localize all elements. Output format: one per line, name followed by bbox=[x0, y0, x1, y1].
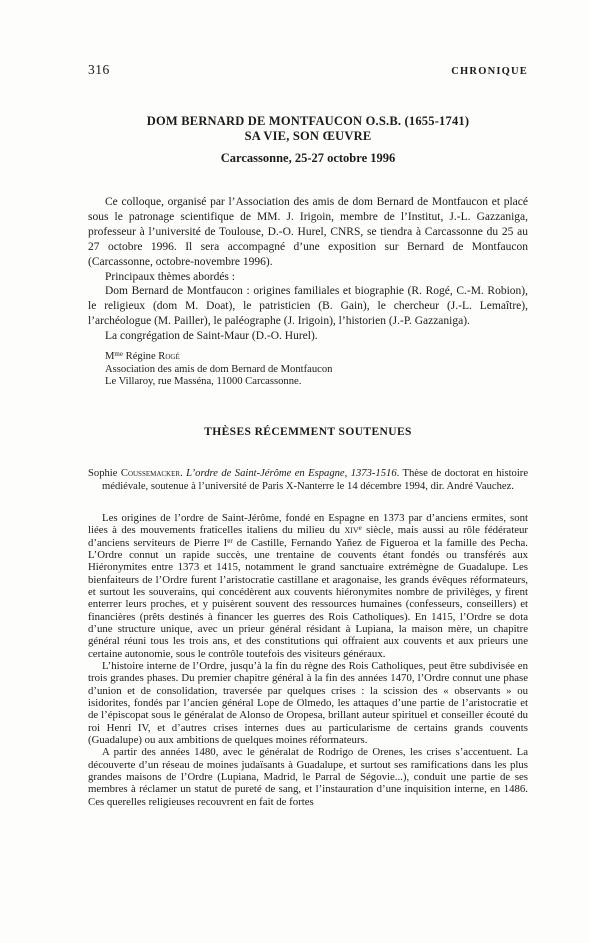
contact-name-given: Régine bbox=[123, 351, 158, 362]
thesis-review-body: Les origines de l’ordre de Saint-Jérôme,… bbox=[88, 512, 528, 808]
colloquium-body: Ce colloque, organisé par l’Association … bbox=[88, 195, 528, 344]
colloquium-title-line2: SA VIE, SON ŒUVRE bbox=[88, 129, 528, 144]
review-paragraph-1: Les origines de l’ordre de Saint-Jérôme,… bbox=[88, 512, 528, 660]
thesis-title: L’ordre de Saint-Jérôme en Espagne, 1373… bbox=[186, 468, 396, 479]
thesis-author-given: Sophie bbox=[88, 468, 121, 479]
running-head: CHRONIQUE bbox=[451, 66, 528, 77]
colloquium-title-block: DOM BERNARD DE MONTFAUCON O.S.B. (1655-1… bbox=[88, 114, 528, 166]
review-paragraph-3: A partir des années 1480, avec le généra… bbox=[88, 746, 528, 808]
page-number: 316 bbox=[88, 62, 110, 78]
contact-name: Mme Régine Rogé bbox=[105, 351, 528, 364]
thesis-entry: Sophie Coussemacker. L’ordre de Saint-Jé… bbox=[88, 467, 528, 493]
theses-section-heading: THÈSES RÉCEMMENT SOUTENUES bbox=[88, 426, 528, 438]
review-p1-segment3: de Castille, Fernando Yañez de Figueroa … bbox=[88, 537, 528, 660]
colloquium-intro-paragraph: Ce colloque, organisé par l’Association … bbox=[88, 195, 528, 270]
colloquium-title-line1: DOM BERNARD DE MONTFAUCON O.S.B. (1655-1… bbox=[88, 114, 528, 129]
contact-name-m: M bbox=[105, 351, 114, 362]
thesis-author-surname: Coussemacker bbox=[121, 468, 180, 479]
contact-name-sup: me bbox=[114, 350, 123, 358]
contact-name-surname: Rogé bbox=[158, 351, 179, 362]
contact-address: Le Villaroy, rue Masséna, 11000 Carcasso… bbox=[105, 376, 528, 389]
running-header: 316 CHRONIQUE bbox=[88, 62, 528, 78]
colloquium-subtitle: Carcassonne, 25-27 octobre 1996 bbox=[88, 151, 528, 166]
contact-block: Mme Régine Rogé Association des amis de … bbox=[105, 351, 528, 389]
colloquium-congregation-line: La congrégation de Saint-Maur (D.-O. Hur… bbox=[88, 329, 528, 344]
journal-page: 316 CHRONIQUE DOM BERNARD DE MONTFAUCON … bbox=[0, 0, 589, 943]
colloquium-themes-intro: Principaux thèmes abordés : bbox=[88, 270, 528, 285]
review-paragraph-2: L’histoire interne de l’Ordre, jusqu’à l… bbox=[88, 660, 528, 746]
colloquium-themes-paragraph: Dom Bernard de Montfaucon : origines fam… bbox=[88, 284, 528, 329]
contact-association: Association des amis de dom Bernard de M… bbox=[105, 364, 528, 377]
review-p1-century: xiv bbox=[344, 524, 358, 536]
